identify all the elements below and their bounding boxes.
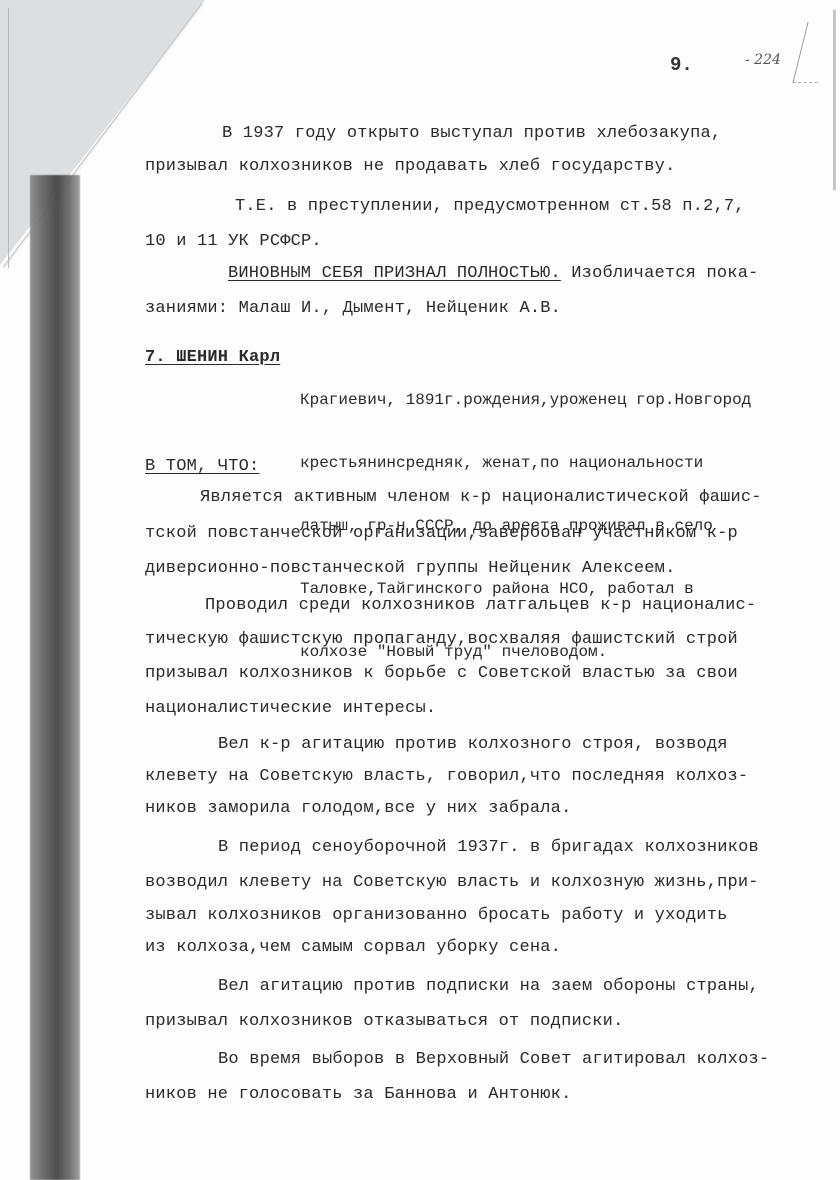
confession-statement: ВИНОВНЫМ СЕБЯ ПРИЗНАЛ ПОЛНОСТЬЮ.	[228, 264, 561, 283]
entry-label: 7. ШЕНИН Карл	[145, 348, 280, 367]
body-line: Вел к-р агитацию против колхозного строя…	[218, 735, 728, 754]
body-line: Является активным членом к-р националист…	[200, 488, 762, 507]
body-line: призывал колхозников отказываться от под…	[145, 1012, 623, 1031]
body-line: призывал колхозников к борьбе с Советско…	[145, 664, 738, 683]
right-page-edge	[833, 10, 836, 190]
body-line: В период сеноуборочной 1937г. в бригадах…	[218, 838, 759, 857]
body-line: Проводил среди колхозников латгальцев к-…	[205, 596, 756, 615]
witnesses-line: заниями: Малаш И., Дымент, Нейценик А.В.	[145, 299, 561, 318]
charge-heading: В ТОМ, ЧТО:	[145, 457, 259, 476]
page-number: 9.	[670, 54, 693, 76]
body-line: клевету на Советскую власть, говорил,что…	[145, 767, 748, 786]
binding-shadow	[30, 175, 80, 1180]
text-line: призывал колхозников не продавать хлеб г…	[145, 157, 676, 176]
entry-detail-line: Крагиевич, 1891г.рождения,уроженец гор.Н…	[300, 390, 751, 411]
confession-line: ВИНОВНЫМ СЕБЯ ПРИЗНАЛ ПОЛНОСТЬЮ. Изоблич…	[228, 264, 759, 283]
pencil-mark	[792, 22, 832, 83]
entry-detail-line: крестьянинсредняк, женат,по национальнос…	[300, 453, 751, 474]
page-edge	[8, 8, 9, 268]
body-line: зывал колхозников организованно бросать …	[145, 906, 728, 925]
body-line: националистические интересы.	[145, 699, 436, 718]
body-line: Вел агитацию против подписки на заем обо…	[218, 977, 759, 996]
body-line: из колхоза,чем самым сорвал уборку сена.	[145, 938, 561, 957]
confession-rest: Изобличается пока-	[561, 264, 759, 283]
archive-folio-number: - 224	[745, 52, 781, 68]
text-line: 10 и 11 УК РСФСР.	[145, 232, 322, 251]
body-line: диверсионно-повстанческой группы Нейцени…	[145, 559, 676, 578]
body-line: Во время выборов в Верховный Совет агити…	[218, 1050, 769, 1069]
text-line: В 1937 году открыто выступал против хлеб…	[222, 124, 721, 143]
text-line: Т.Е. в преступлении, предусмотренном ст.…	[235, 197, 745, 216]
body-line: возводил клевету на Советскую власть и к…	[145, 873, 759, 892]
body-line: ников заморила голодом,все у них забрала…	[145, 799, 571, 818]
body-line: тическую фашистскую пропаганду,восхваляя…	[145, 630, 738, 649]
body-line: ников не голосовать за Баннова и Антонюк…	[145, 1085, 571, 1104]
body-line: тской повстанческой организации,завербов…	[145, 524, 738, 543]
